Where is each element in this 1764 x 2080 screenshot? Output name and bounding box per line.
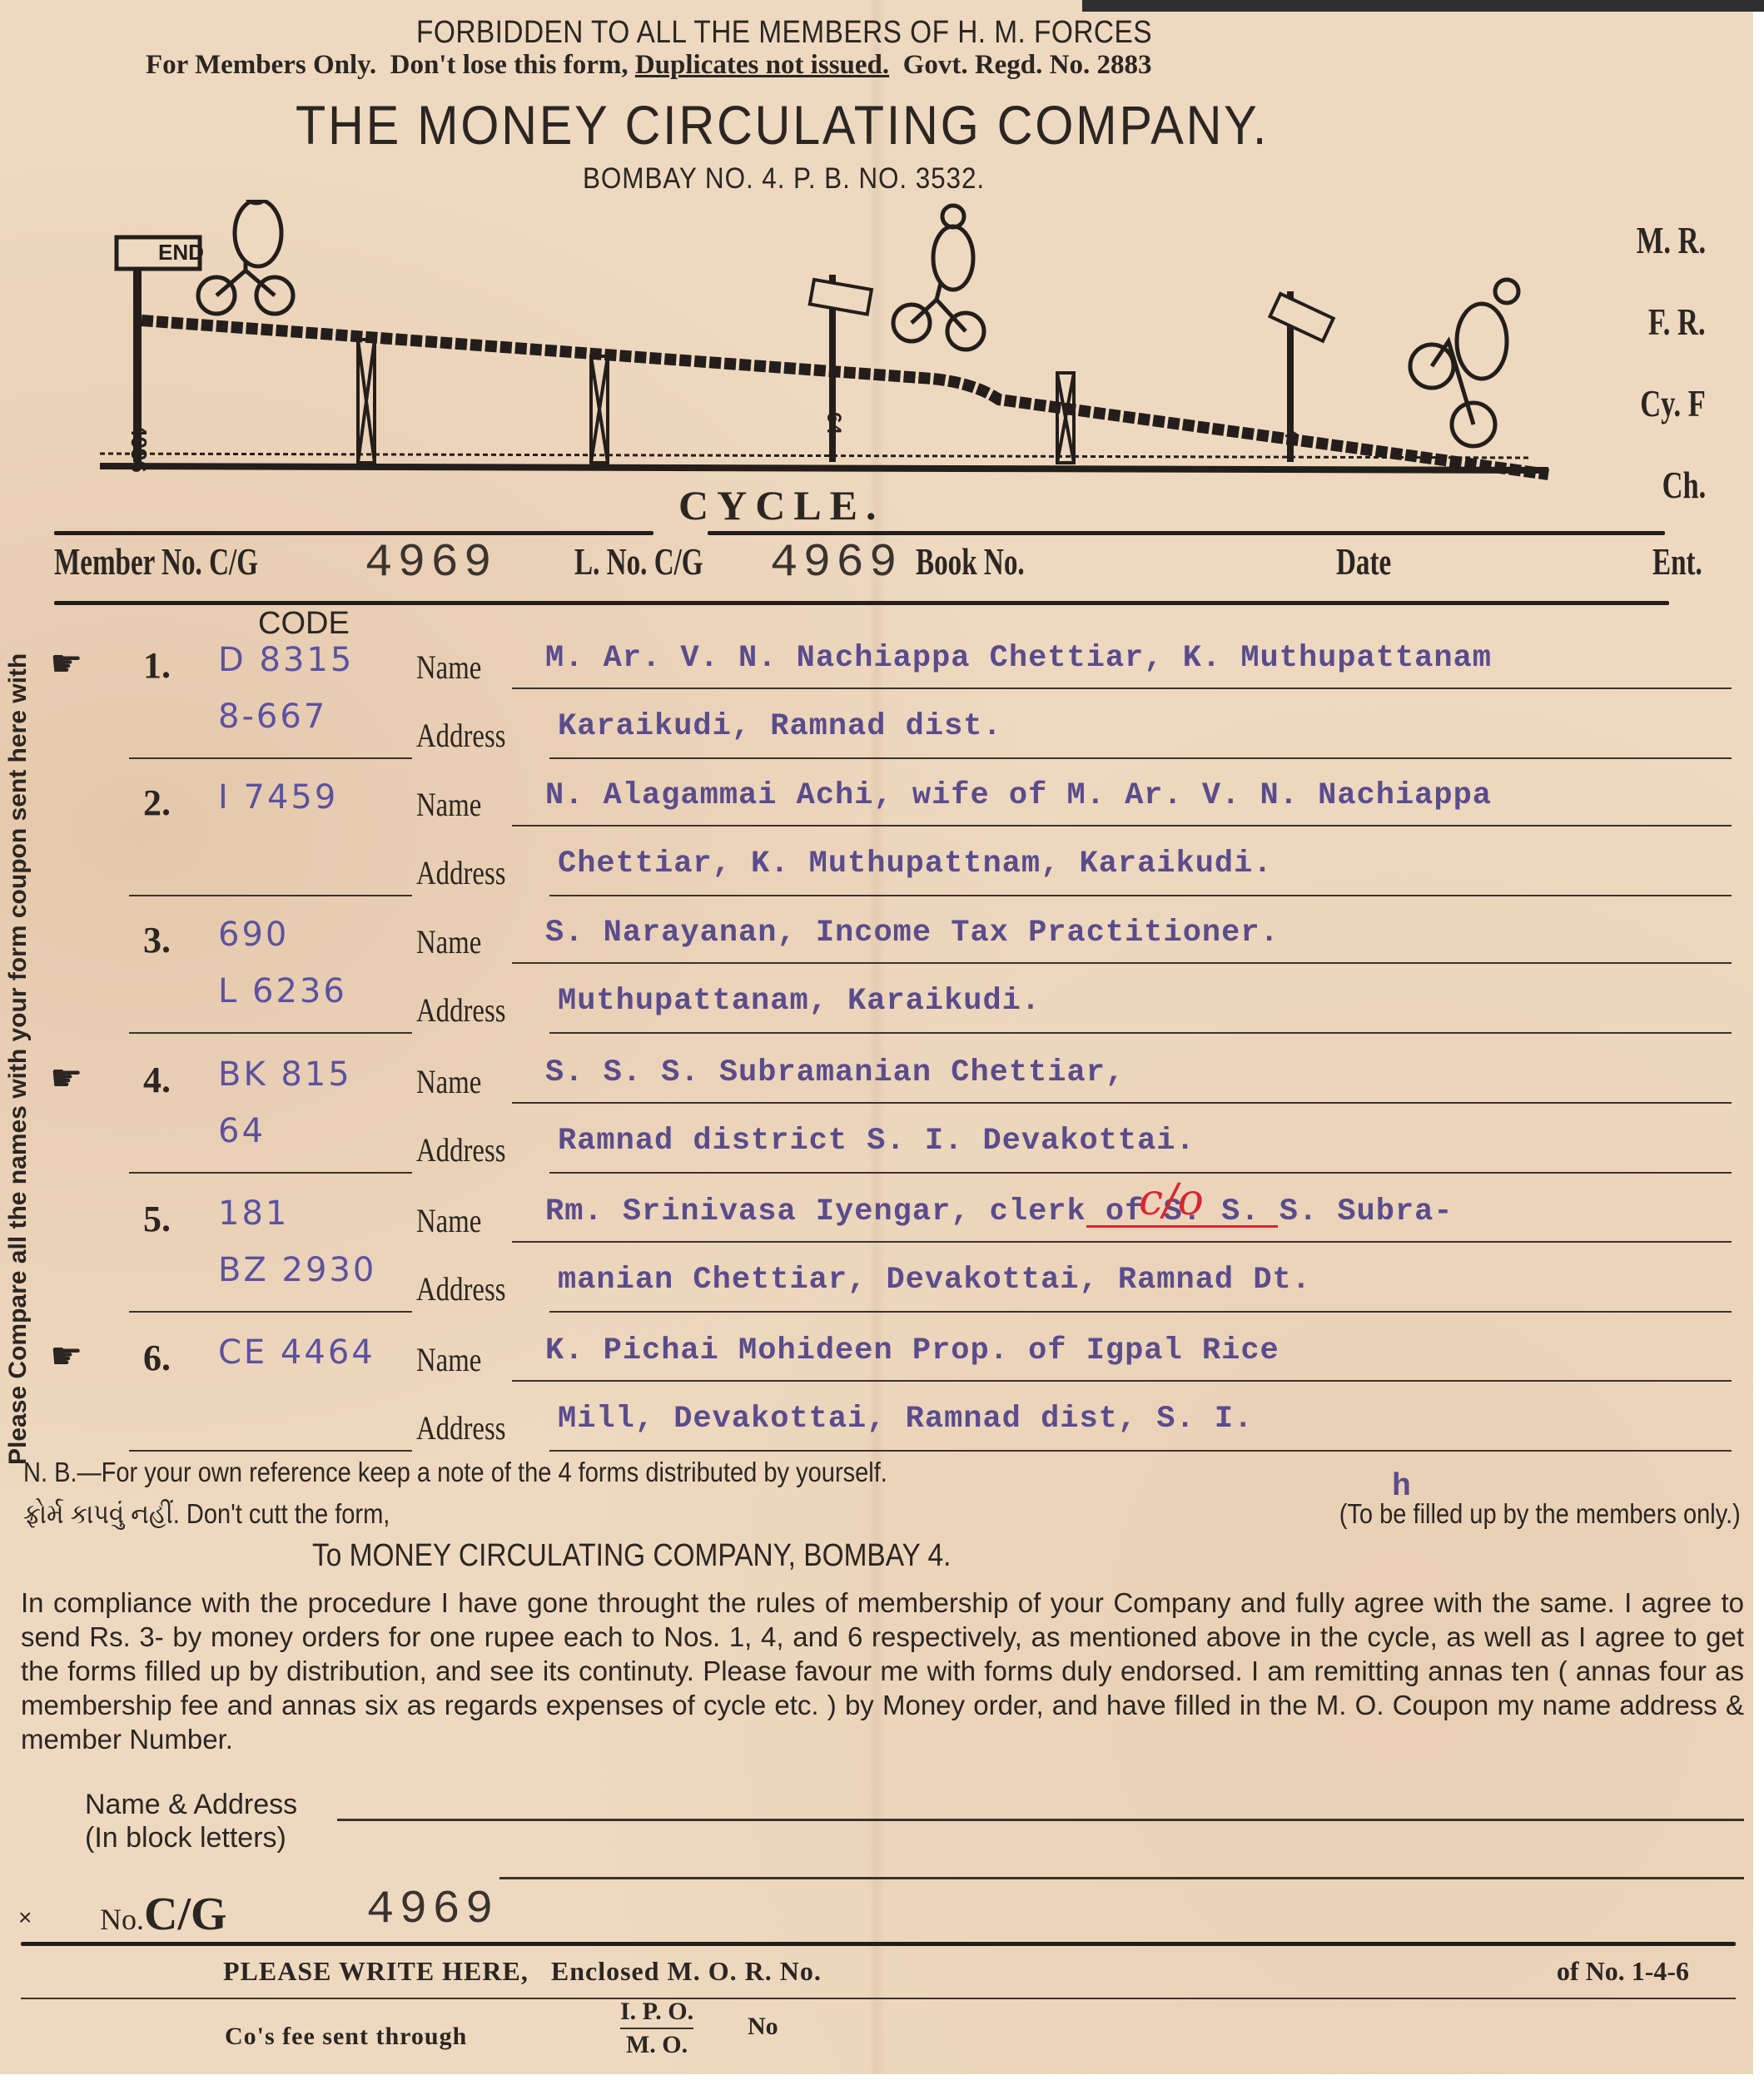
side-note: Please Compare all the names with your f…	[4, 653, 32, 1465]
company-address: BOMBAY NO. 4. P. B. NO. 3532.	[583, 162, 985, 196]
margin-label-ch: Ch.	[1662, 463, 1706, 507]
declaration-body: In compliance with the procedure I have …	[21, 1586, 1744, 1756]
cycle-illustration: END 4096 64 4	[100, 200, 1565, 483]
code-header: CODE	[258, 606, 350, 642]
address-field-line	[549, 1172, 1732, 1174]
margin-label-mr: M. R.	[1637, 218, 1706, 262]
entry-number: 5.	[143, 1198, 171, 1240]
red-correction: c/o	[1139, 1175, 1204, 1225]
entry-code-1: 690	[218, 916, 289, 954]
entry-address[interactable]: Ramnad district S. I. Devakottai.	[558, 1124, 1195, 1159]
name-field-line	[512, 1380, 1732, 1382]
divider	[54, 531, 653, 535]
fee-no-label: No	[748, 2013, 778, 2041]
pointing-hand-icon: ☛	[50, 1335, 82, 1378]
name-label: Name	[416, 1340, 481, 1379]
name-label: Name	[416, 1062, 481, 1101]
name-field-line	[512, 825, 1732, 827]
entry-code-1: D 8315	[218, 641, 354, 679]
address-label: Address	[416, 990, 505, 1030]
cg-label: C/G	[144, 1889, 227, 1940]
entry-code-2: 8-667	[218, 697, 327, 736]
name-field-line	[512, 1102, 1732, 1104]
filled-by-note: (To be filled up by the members only.)	[1339, 1498, 1741, 1530]
duplicates-not-issued: Duplicates not issued.	[635, 50, 889, 80]
entry-name[interactable]: Rm. Srinivasa Iyengar, clerk of S. S. S.…	[545, 1194, 1453, 1229]
margin-label-fr: F. R.	[1648, 300, 1706, 344]
name-address-label: Name & Address (In block letters)	[85, 1788, 351, 1854]
member-no-label: Member No. C/G	[54, 539, 258, 583]
scan-edge	[1082, 0, 1764, 12]
entry-name[interactable]: K. Pichai Mohideen Prop. of Igpal Rice	[545, 1333, 1280, 1368]
entry-address[interactable]: Chettiar, K. Muthupattnam, Karaikudi.	[558, 846, 1273, 881]
entry-code-2: 64	[218, 1112, 266, 1150]
ipo-mo-fraction: I. P. O. M. O.	[620, 1998, 693, 2059]
pole-number: 64	[822, 412, 845, 434]
of-no-label: of No. 1-4-6	[1557, 1956, 1689, 1987]
margin-label-cyf: Cy. F	[1640, 381, 1706, 425]
entry-code-1: I 7459	[218, 778, 338, 817]
entry-number: 6.	[143, 1337, 171, 1379]
entry-name[interactable]: S. Narayanan, Income Tax Practitioner.	[545, 916, 1280, 951]
name-label: Name	[416, 785, 481, 824]
please-write-label: PLEASE WRITE HERE,	[223, 1956, 529, 1986]
name-label: Name	[416, 1201, 481, 1240]
l-no-value: 4969	[770, 536, 902, 589]
entry-number: 4.	[143, 1059, 171, 1101]
address-label: Address	[416, 853, 505, 892]
l-no-label: L. No. C/G	[574, 539, 703, 583]
entry-number: 2.	[143, 782, 171, 824]
code-field-line	[129, 1311, 412, 1313]
address-label: Address	[416, 716, 505, 755]
forbidden-notice: FORBIDDEN TO ALL THE MEMBERS OF H. M. FO…	[416, 15, 1152, 51]
no-label: No.	[100, 1903, 144, 1936]
cycle-caption: CYCLE.	[678, 481, 885, 529]
please-write-here: PLEASE WRITE HERE, Enclosed M. O. R. No.	[223, 1956, 822, 1987]
no-cg-value: 4969	[366, 1883, 498, 1936]
end-sign: END	[158, 240, 204, 265]
entry-code-2: BZ 2930	[218, 1251, 376, 1289]
name-label: Name	[416, 922, 481, 961]
pole-number: 4	[1281, 429, 1302, 439]
entry-number: 1.	[143, 644, 171, 687]
govt-regd-no: Govt. Regd. No. 2883	[903, 50, 1152, 80]
dont-lose: Don't lose this form,	[390, 50, 629, 80]
member-no-value: 4969	[365, 536, 496, 589]
address-field-line	[549, 757, 1732, 759]
address-field-line	[549, 1032, 1732, 1034]
entry-code-1: BK 815	[218, 1055, 352, 1094]
divider	[54, 601, 1669, 605]
name-address-field-line2[interactable]	[499, 1877, 1744, 1879]
name-field-line	[512, 1241, 1732, 1243]
code-field-line	[129, 1032, 412, 1034]
members-only: For Members Only.	[146, 50, 376, 80]
ipo-label: I. P. O.	[620, 1998, 693, 2025]
pointing-hand-icon: ☛	[50, 643, 82, 685]
x-mark: ×	[18, 1904, 32, 1931]
company-name: THE MONEY CIRCULATING COMPANY.	[296, 93, 1269, 156]
address-field-line	[549, 895, 1732, 896]
entry-code-1: 181	[218, 1194, 289, 1233]
nb-note: N. B.—For your own reference keep a note…	[23, 1457, 887, 1488]
entry-code-2: L 6236	[218, 972, 347, 1010]
entry-address[interactable]: manian Chettiar, Devakottai, Ramnad Dt.	[558, 1263, 1311, 1298]
name-field-line	[512, 962, 1732, 964]
divider	[21, 1998, 1736, 1999]
name-address-text: Name & Address	[85, 1788, 351, 1821]
entry-number: 3.	[143, 919, 171, 961]
code-field-line	[129, 1172, 412, 1174]
pointing-hand-icon: ☛	[50, 1057, 82, 1100]
date-label: Date	[1336, 539, 1391, 583]
address-field-line	[549, 1450, 1732, 1452]
ent-label: Ent.	[1652, 539, 1702, 583]
pole-number: 4096	[127, 424, 152, 473]
block-letters-text: (In block letters)	[85, 1821, 351, 1854]
address-label: Address	[416, 1269, 505, 1308]
entry-name[interactable]: M. Ar. V. N. Nachiappa Chettiar, K. Muth…	[545, 641, 1492, 676]
strike-through	[1086, 1225, 1278, 1228]
book-no-label: Book No.	[916, 539, 1025, 583]
divider	[708, 531, 1665, 535]
entry-name[interactable]: N. Alagammai Achi, wife of M. Ar. V. N. …	[545, 778, 1492, 813]
declaration-to: To MONEY CIRCULATING COMPANY, BOMBAY 4.	[312, 1538, 951, 1574]
code-field-line	[129, 757, 412, 759]
address-label: Address	[416, 1130, 505, 1169]
address-label: Address	[416, 1408, 505, 1447]
entry-name[interactable]: S. S. S. Subramanian Chettiar,	[545, 1055, 1125, 1090]
entry-address[interactable]: Muthupattanam, Karaikudi.	[558, 984, 1041, 1019]
entry-address[interactable]: Mill, Devakottai, Ramnad dist, S. I.	[558, 1402, 1253, 1437]
code-field-line	[129, 1450, 412, 1452]
address-field-line	[549, 1311, 1732, 1313]
no-cg-label: No.C/G	[100, 1888, 227, 1941]
name-field-line	[512, 688, 1732, 689]
code-field-line	[129, 895, 412, 896]
dont-cut-text: Don't cutt the form,	[186, 1498, 390, 1529]
entry-code-1: CE 4464	[218, 1333, 375, 1372]
name-address-field[interactable]	[337, 1819, 1744, 1821]
divider	[21, 1942, 1736, 1946]
dont-cut-note: ફ્રોર્મ કાપવું નહીં. Don't cutt the form…	[23, 1498, 390, 1531]
members-only-line: For Members Only. Don't lose this form, …	[146, 50, 1151, 81]
mo-label: M. O.	[626, 2031, 688, 2058]
name-label: Name	[416, 648, 481, 687]
cos-fee-label: Co's fee sent through	[225, 2023, 467, 2051]
entry-address[interactable]: Karaikudi, Ramnad dist.	[558, 709, 1002, 744]
gujarati-text: ફ્રોર્મ કાપવું નહીં.	[23, 1498, 180, 1529]
enclosed-mor-label: Enclosed M. O. R. No.	[551, 1956, 822, 1986]
